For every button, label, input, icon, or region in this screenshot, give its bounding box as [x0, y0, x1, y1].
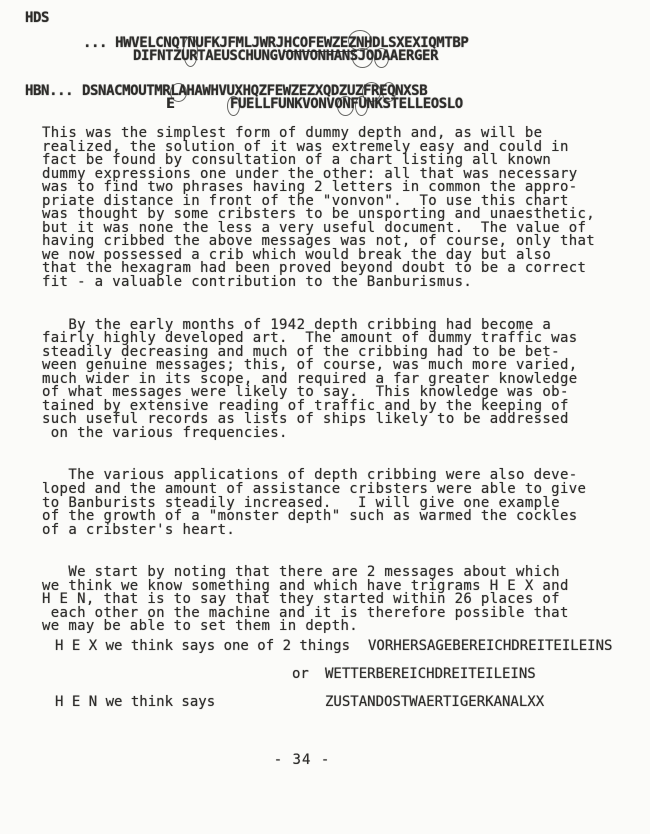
paragraph-applications: The various applications of depth cribbi…	[42, 469, 634, 537]
msg2-plaintext-line: FUELLFUNKVONVONFUNKSTELLEOSLO	[230, 98, 463, 111]
body-text: This was the simplest form of dummy dept…	[42, 127, 634, 663]
scanned-document-page: HDS ... HWVELCNQTNUFKJFMLJWRJHCOFEWZEZNH…	[0, 0, 650, 834]
paragraph-two-messages: We start by noting that there are 2 mess…	[42, 566, 634, 634]
msg1-prefix-dots: ...	[83, 35, 115, 51]
msg1-plaintext-line: DIFNTZURTAEUSCHUNGVONVONHANSJODAAERGER	[133, 50, 438, 63]
crib-hen-label: H E N we think says	[55, 696, 215, 709]
callsign-hbn-label: HBN...	[25, 85, 73, 98]
page-number: - 34 -	[232, 752, 372, 768]
crib-hex-guess-2: WETTERBEREICHDREITEILEINS	[325, 668, 536, 681]
crib-hen-guess: ZUSTANDOSTWAERTIGERKANALXX	[325, 696, 544, 709]
msg2-correction-letter: E	[166, 98, 174, 111]
callsign-hds-label: HDS	[25, 12, 49, 25]
paragraph-early-1942: By the early months of 1942 depth cribbi…	[42, 319, 634, 441]
crib-or-conjunction: or	[292, 668, 309, 681]
crib-hex-label: H E X we think says one of 2 things	[55, 640, 350, 653]
crib-hex-guess-1: VORHERSAGEBEREICHDREITEILEINS	[368, 640, 612, 653]
paragraph-dummy-depth: This was the simplest form of dummy dept…	[42, 127, 634, 290]
